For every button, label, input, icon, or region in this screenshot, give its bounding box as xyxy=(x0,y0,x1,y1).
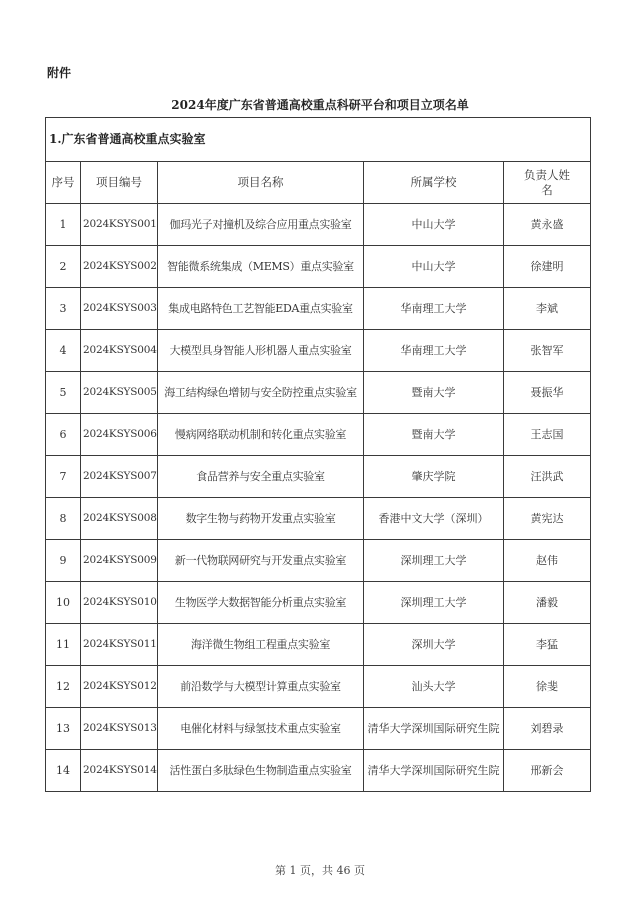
cell-code: 2024KSYS002 xyxy=(81,246,158,288)
cell-project-name: 数字生物与药物开发重点实验室 xyxy=(158,498,364,540)
cell-school: 汕头大学 xyxy=(364,666,504,708)
cell-leader: 黄宪达 xyxy=(504,498,591,540)
cell-school: 暨南大学 xyxy=(364,414,504,456)
cell-school: 香港中文大学（深圳） xyxy=(364,498,504,540)
cell-leader: 邢新会 xyxy=(504,750,591,792)
cell-code: 2024KSYS004 xyxy=(81,330,158,372)
cell-project-name: 大模型具身智能人形机器人重点实验室 xyxy=(158,330,364,372)
cell-project-name: 活性蛋白多肽绿色生物制造重点实验室 xyxy=(158,750,364,792)
cell-code: 2024KSYS003 xyxy=(81,288,158,330)
cell-leader: 徐斐 xyxy=(504,666,591,708)
project-list-table: 1.广东省普通高校重点实验室 序号 项目编号 项目名称 所属学校 负责人姓名 1… xyxy=(45,117,591,792)
cell-leader: 张智军 xyxy=(504,330,591,372)
table-row: 92024KSYS009新一代物联网研究与开发重点实验室深圳理工大学赵伟 xyxy=(46,540,591,582)
cell-index: 11 xyxy=(46,624,81,666)
table-row: 142024KSYS014活性蛋白多肽绿色生物制造重点实验室清华大学深圳国际研究… xyxy=(46,750,591,792)
header-school: 所属学校 xyxy=(364,162,504,204)
cell-school: 暨南大学 xyxy=(364,372,504,414)
cell-code: 2024KSYS008 xyxy=(81,498,158,540)
cell-project-name: 伽玛光子对撞机及综合应用重点实验室 xyxy=(158,204,364,246)
cell-index: 6 xyxy=(46,414,81,456)
cell-leader: 赵伟 xyxy=(504,540,591,582)
header-code: 项目编号 xyxy=(81,162,158,204)
cell-school: 华南理工大学 xyxy=(364,330,504,372)
cell-project-name: 智能微系统集成（MEMS）重点实验室 xyxy=(158,246,364,288)
table-row: 22024KSYS002智能微系统集成（MEMS）重点实验室中山大学徐建明 xyxy=(46,246,591,288)
cell-index: 5 xyxy=(46,372,81,414)
cell-index: 7 xyxy=(46,456,81,498)
cell-index: 13 xyxy=(46,708,81,750)
table-row: 122024KSYS012前沿数学与大模型计算重点实验室汕头大学徐斐 xyxy=(46,666,591,708)
cell-index: 2 xyxy=(46,246,81,288)
cell-leader: 李猛 xyxy=(504,624,591,666)
table-row: 132024KSYS013电催化材料与绿氢技术重点实验室清华大学深圳国际研究生院… xyxy=(46,708,591,750)
cell-code: 2024KSYS006 xyxy=(81,414,158,456)
cell-project-name: 海工结构绿色增韧与安全防控重点实验室 xyxy=(158,372,364,414)
header-name: 项目名称 xyxy=(158,162,364,204)
cell-school: 清华大学深圳国际研究生院 xyxy=(364,708,504,750)
table-row: 42024KSYS004大模型具身智能人形机器人重点实验室华南理工大学张智军 xyxy=(46,330,591,372)
cell-leader: 李斌 xyxy=(504,288,591,330)
cell-code: 2024KSYS010 xyxy=(81,582,158,624)
cell-school: 肇庆学院 xyxy=(364,456,504,498)
cell-school: 华南理工大学 xyxy=(364,288,504,330)
cell-code: 2024KSYS013 xyxy=(81,708,158,750)
cell-leader: 刘碧录 xyxy=(504,708,591,750)
cell-leader: 汪洪武 xyxy=(504,456,591,498)
table-row: 82024KSYS008数字生物与药物开发重点实验室香港中文大学（深圳）黄宪达 xyxy=(46,498,591,540)
section-row: 1.广东省普通高校重点实验室 xyxy=(46,118,591,162)
cell-project-name: 海洋微生物组工程重点实验室 xyxy=(158,624,364,666)
page-footer: 第 1 页，共 46 页 xyxy=(0,862,640,878)
cell-school: 中山大学 xyxy=(364,246,504,288)
header-leader: 负责人姓名 xyxy=(504,162,591,204)
document-title: 2024年度广东省普通高校重点科研平台和项目立项名单 xyxy=(0,96,640,113)
cell-project-name: 食品营养与安全重点实验室 xyxy=(158,456,364,498)
cell-school: 深圳理工大学 xyxy=(364,540,504,582)
table-row: 72024KSYS007食品营养与安全重点实验室肇庆学院汪洪武 xyxy=(46,456,591,498)
cell-code: 2024KSYS007 xyxy=(81,456,158,498)
cell-project-name: 电催化材料与绿氢技术重点实验室 xyxy=(158,708,364,750)
cell-leader: 潘毅 xyxy=(504,582,591,624)
cell-school: 深圳理工大学 xyxy=(364,582,504,624)
cell-school: 中山大学 xyxy=(364,204,504,246)
table-row: 112024KSYS011海洋微生物组工程重点实验室深圳大学李猛 xyxy=(46,624,591,666)
attachment-label: 附件 xyxy=(47,64,71,81)
table-row: 32024KSYS003集成电路特色工艺智能EDA重点实验室华南理工大学李斌 xyxy=(46,288,591,330)
cell-project-name: 集成电路特色工艺智能EDA重点实验室 xyxy=(158,288,364,330)
table-row: 102024KSYS010生物医学大数据智能分析重点实验室深圳理工大学潘毅 xyxy=(46,582,591,624)
cell-code: 2024KSYS014 xyxy=(81,750,158,792)
cell-code: 2024KSYS009 xyxy=(81,540,158,582)
table-row: 52024KSYS005海工结构绿色增韧与安全防控重点实验室暨南大学聂振华 xyxy=(46,372,591,414)
cell-code: 2024KSYS001 xyxy=(81,204,158,246)
cell-index: 3 xyxy=(46,288,81,330)
cell-project-name: 生物医学大数据智能分析重点实验室 xyxy=(158,582,364,624)
cell-leader: 聂振华 xyxy=(504,372,591,414)
cell-index: 4 xyxy=(46,330,81,372)
cell-index: 8 xyxy=(46,498,81,540)
cell-leader: 王志国 xyxy=(504,414,591,456)
header-index: 序号 xyxy=(46,162,81,204)
table-row: 12024KSYS001伽玛光子对撞机及综合应用重点实验室中山大学黄永盛 xyxy=(46,204,591,246)
cell-index: 12 xyxy=(46,666,81,708)
cell-index: 9 xyxy=(46,540,81,582)
cell-code: 2024KSYS005 xyxy=(81,372,158,414)
cell-school: 深圳大学 xyxy=(364,624,504,666)
table-header-row: 序号 项目编号 项目名称 所属学校 负责人姓名 xyxy=(46,162,591,204)
cell-project-name: 前沿数学与大模型计算重点实验室 xyxy=(158,666,364,708)
cell-school: 清华大学深圳国际研究生院 xyxy=(364,750,504,792)
cell-index: 14 xyxy=(46,750,81,792)
cell-leader: 黄永盛 xyxy=(504,204,591,246)
table-row: 62024KSYS006慢病网络联动机制和转化重点实验室暨南大学王志国 xyxy=(46,414,591,456)
cell-leader: 徐建明 xyxy=(504,246,591,288)
cell-code: 2024KSYS011 xyxy=(81,624,158,666)
cell-index: 1 xyxy=(46,204,81,246)
cell-code: 2024KSYS012 xyxy=(81,666,158,708)
cell-index: 10 xyxy=(46,582,81,624)
cell-project-name: 新一代物联网研究与开发重点实验室 xyxy=(158,540,364,582)
cell-project-name: 慢病网络联动机制和转化重点实验室 xyxy=(158,414,364,456)
section-title: 1.广东省普通高校重点实验室 xyxy=(46,118,591,162)
